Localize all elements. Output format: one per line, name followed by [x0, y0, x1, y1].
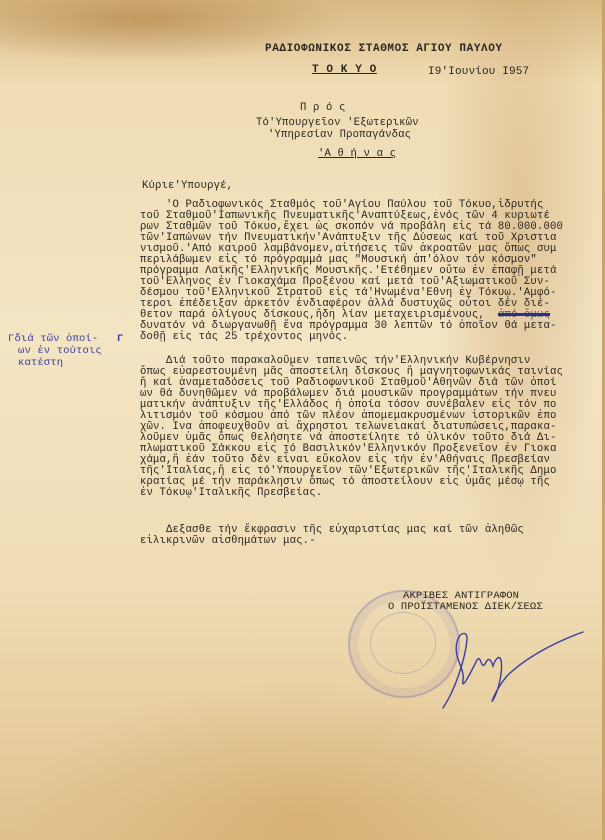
body-line: δοθῇ εἰς τάς 25 τρέχοντος μηνός. [140, 332, 348, 343]
recipient-line1: Τό'Υπουργεῖον 'Εξωτερικῶν [256, 118, 419, 129]
margin-note-line3: κατέστη [18, 358, 63, 369]
margin-note-line1: Γδιά τῶν ὁποί- [8, 334, 98, 345]
recipient-city: 'Α θ ή ν α ς [318, 149, 396, 160]
body-line: ἐν Τόκυῳ'Ιταλικῆς Πρεσβείας. [140, 488, 322, 499]
certification-line2: Ο ΠΡΟΪΣΤΑΜΕΝΟΣ ΔΙΕΚ/ΣΕΩΣ [388, 602, 543, 613]
closing-line: εἰλικρινῶν αἰσθημάτων μας.- [140, 536, 316, 547]
insert-mark-icon: Γ [117, 334, 123, 345]
salutation: Κύριε'Υπουργέ, [142, 181, 233, 192]
signature-icon [395, 620, 595, 730]
station-name: ΡΑΔΙΟΦΩΝΙΚΟΣ ΣΤΑΘΜΟΣ ΑΓΙΟΥ ΠΑΥΛΟΥ [265, 44, 503, 55]
recipient-line2: 'Υπηρεσίαν Προπαγάνδας [268, 130, 411, 141]
margin-note-line2: ων ἐν τούτοις [18, 346, 102, 357]
letter-date: I9'Ιουνίου I957 [428, 67, 529, 78]
recipient-to: Π ρ ό ς [300, 103, 346, 114]
city-tokyo: Τ Ο Κ Υ Ο [312, 65, 377, 76]
